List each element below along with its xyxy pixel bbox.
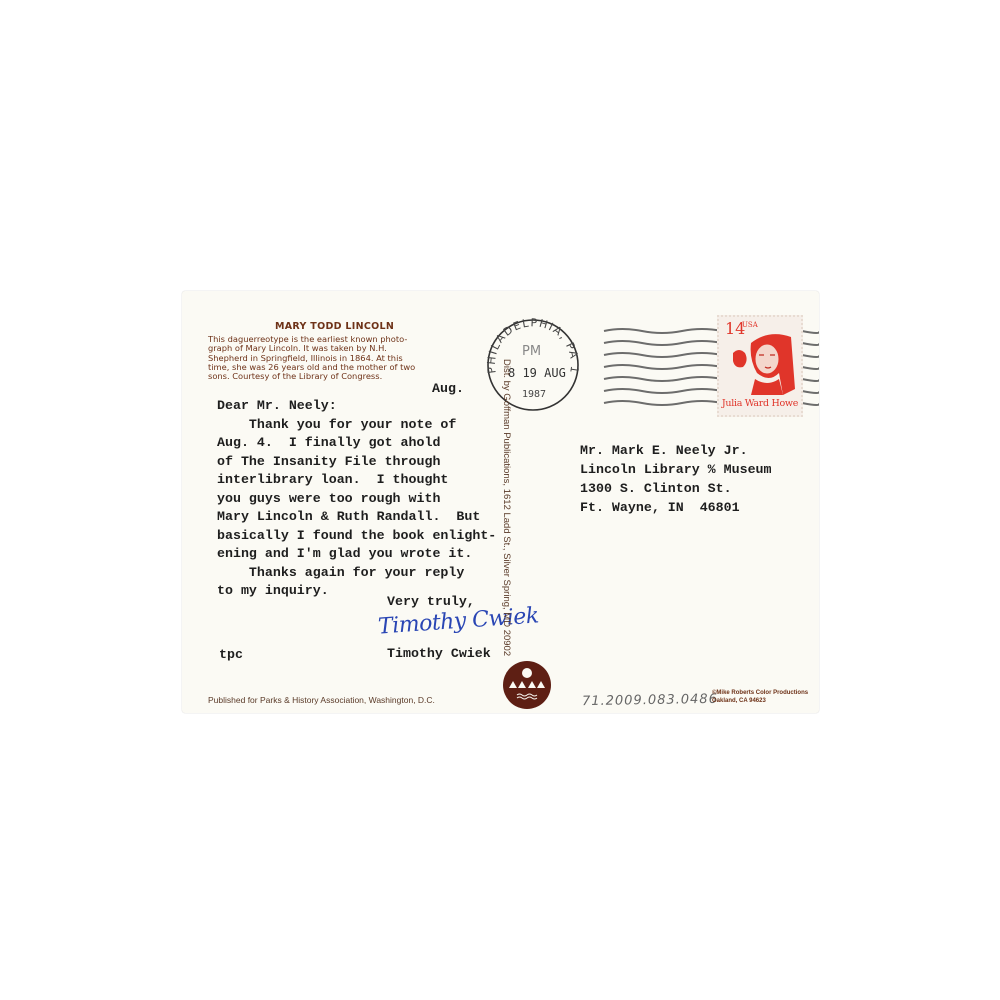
address-line: Lincoln Library % Museum xyxy=(580,460,772,479)
postcard: MARY TODD LINCOLN This daguerreotype is … xyxy=(182,291,819,713)
caption-body: This daguerreotype is the earliest known… xyxy=(208,335,508,381)
letter-line: Thanks again for your reply xyxy=(217,564,496,583)
publisher-credit: Published for Parks & History Associatio… xyxy=(208,695,435,705)
portrait-icon xyxy=(729,329,799,399)
letter-line: Aug. 4. I finally got ahold xyxy=(217,434,496,453)
accession-number: 71.2009.083.0486 xyxy=(582,692,718,709)
letter-line: interlibrary loan. I thought xyxy=(217,471,496,490)
letter-body: Dear Mr. Neely: Thank you for your note … xyxy=(217,397,496,601)
address-line: Ft. Wayne, IN 46801 xyxy=(580,498,772,517)
parks-association-logo-icon xyxy=(502,660,552,710)
caption-title: MARY TODD LINCOLN xyxy=(275,321,394,332)
address-line: 1300 S. Clinton St. xyxy=(580,479,772,498)
postmark-date: 8 19 AUG xyxy=(508,366,566,380)
stamp-name: Julia Ward Howe xyxy=(721,398,799,409)
postmark-time: PM xyxy=(522,344,541,359)
letter-line: basically I found the book enlight- xyxy=(217,527,496,546)
letter-date: Aug. xyxy=(432,381,464,396)
copyright-credit: ©Mike Roberts Color Productions Oakland,… xyxy=(712,690,808,705)
letter-line: Mary Lincoln & Ruth Randall. But xyxy=(217,508,496,527)
address-line: Mr. Mark E. Neely Jr. xyxy=(580,441,772,460)
letter-line: Thank you for your note of xyxy=(217,416,496,435)
stamp-country: USA xyxy=(742,321,758,329)
recipient-address: Mr. Mark E. Neely Jr.Lincoln Library % M… xyxy=(580,441,772,517)
postage-stamp: 14 USA Julia Ward Howe xyxy=(717,315,803,417)
letter-line: ening and I'm glad you wrote it. xyxy=(217,545,496,564)
typed-name: Timothy Cwiek xyxy=(387,646,491,661)
letter-closing: Very truly, xyxy=(387,594,475,609)
salutation: Dear Mr. Neely: xyxy=(217,397,496,416)
letter-line: you guys were too rough with xyxy=(217,490,496,509)
typist-initials: tpc xyxy=(219,647,243,662)
letter-line: of The Insanity File through xyxy=(217,453,496,472)
postmark-year: 1987 xyxy=(522,389,546,400)
copyright-line: Oakland, CA 94623 xyxy=(712,698,808,706)
copyright-line: ©Mike Roberts Color Productions xyxy=(712,690,808,698)
distributor-credit-text: Dist. by Goffman Publications, 1612 Ladd… xyxy=(501,359,512,656)
distributor-credit: Dist. by Goffman Publications, 1612 Ladd… xyxy=(500,359,514,639)
